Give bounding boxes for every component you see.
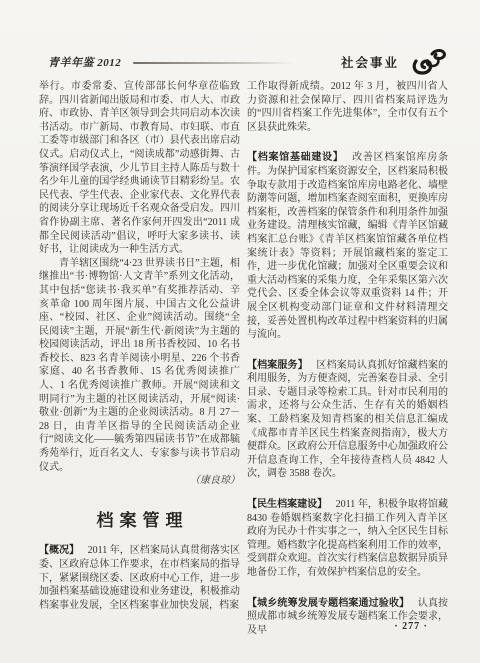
body-paragraph: 青羊辖区围绕“4·23 世界读书日”主题，相继推出“书·博物馆·人文青羊”系列文… xyxy=(39,257,240,475)
body-paragraph-continuation: 举行。市委常委、宣传部部长何华章莅临致辞。四川省新闻出版局和市委、市人大、市政府… xyxy=(39,80,240,257)
calligraphy-flourish-icon xyxy=(408,48,446,76)
entry-overview: 【概况】2011 年，区档案局认真贯彻落实区委、区政府总体工作要求，在市档案局的… xyxy=(39,544,240,612)
header-rule-divider xyxy=(133,62,295,64)
entry-archive-infrastructure: 【档案馆基础建设】改善区档案馆库房条件。为保护国家档案资源安全，区档案局积极争取… xyxy=(247,151,448,341)
entry-label: 【档案馆基础建设】 xyxy=(247,152,352,163)
entry-text: 区档案局认真抓好馆藏档案的利用服务，为方便查阅，完善案卷目录、全引目录、专题目录… xyxy=(247,360,448,480)
entry-label: 【概况】 xyxy=(39,545,88,556)
section-title: 社会事业 xyxy=(341,53,399,71)
entry-archive-services: 【档案服务】区档案局认真抓好馆藏档案的利用服务，为方便查阅，完善案卷目录、全引目… xyxy=(247,359,448,481)
entry-label: 【档案服务】 xyxy=(247,360,316,371)
running-head: 青羊年鉴 2012 社会事业 xyxy=(48,52,446,72)
author-attribution: （康良琼） xyxy=(39,474,240,488)
page-number: · 277 · xyxy=(394,621,428,632)
entry-label: 【民生档案建设】 xyxy=(247,499,336,510)
right-column: 工作取得新成绩。2012 年 3 月，被四川省人力资源和社会保障厅、四川省档案局… xyxy=(247,80,448,637)
journal-title: 青羊年鉴 2012 xyxy=(48,54,121,70)
chapter-heading: 档案管理 xyxy=(39,514,240,528)
yearbook-scanned-page: 青羊年鉴 2012 社会事业 举行。市委常委、宣传部部长何华章莅临致辞。四川省新… xyxy=(0,0,480,663)
body-paragraph-continuation: 工作取得新成绩。2012 年 3 月，被四川省人力资源和社会保障厅、四川省档案局… xyxy=(247,80,448,134)
entry-text: 改善区档案馆库房条件。为保护国家档案资源安全，区档案局积极争取专款用于改造档案馆… xyxy=(247,152,448,340)
entry-text: 2011 年，积极争取将馆藏 8430 卷婚姻档案数字化扫描工作列入青羊区政府为… xyxy=(247,499,448,578)
left-column: 举行。市委常委、宣传部部长何华章莅临致辞。四川省新闻出版局和市委、市人大、市政府… xyxy=(39,80,240,612)
entry-livelihood-archives: 【民生档案建设】2011 年，积极争取将馆藏 8430 卷婚姻档案数字化扫描工作… xyxy=(247,498,448,580)
entry-label: 【城乡统筹发展专题档案通过验收】 xyxy=(247,598,418,609)
